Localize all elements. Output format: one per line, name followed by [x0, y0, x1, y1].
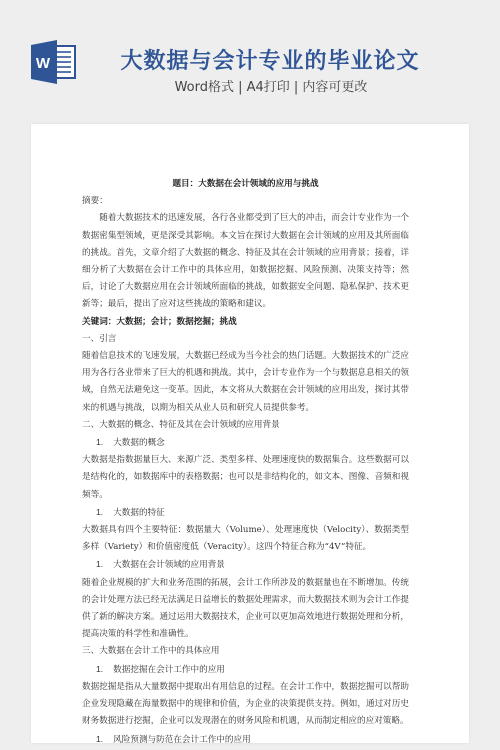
- subsection-body: 随着企业规模的扩大和业务范围的拓展，会计工作所涉及的数据量也在不断增加。传统的会…: [82, 575, 409, 644]
- subsection-body: 大数据是指数据量巨大、来源广泛、类型多样、处理速度快的数据集合。这些数据可以是结…: [82, 452, 409, 504]
- subsection-heading: 1.数据挖掘在会计工作中的应用: [82, 661, 409, 679]
- document-title: 题目：大数据在会计领域的应用与挑战: [82, 176, 409, 193]
- subsection-heading: 1.大数据在会计领域的应用背景: [82, 556, 409, 574]
- section-heading: 三、大数据在会计工作中的具体应用: [82, 643, 409, 660]
- section-heading: 一、引言: [82, 331, 409, 348]
- page-title: 大数据与会计专业的毕业论文: [0, 44, 500, 75]
- keywords: 关键词：大数据；会计；数据挖掘；挑战: [82, 314, 409, 331]
- abstract-label: 摘要：: [82, 193, 409, 210]
- document-body: 题目：大数据在会计领域的应用与挑战 摘要： 随着大数据技术的迅速发展，各行各业都…: [82, 176, 409, 749]
- section-body: 随着信息技术的飞速发展，大数据已经成为当今社会的热门话题。大数据技术的广泛应用为…: [82, 348, 409, 417]
- page-subtitle: Word格式 | A4打印 | 内容可更改: [0, 76, 500, 95]
- document-page: 题目：大数据在会计领域的应用与挑战 摘要： 随着大数据技术的迅速发展，各行各业都…: [31, 124, 469, 743]
- subsection-body: 数据挖掘是指从大量数据中提取出有用信息的过程。在会计工作中，数据挖掘可以帮助企业…: [82, 679, 409, 731]
- subsection-heading: 1.大数据的特征: [82, 504, 409, 522]
- header: W 大数据与会计专业的毕业论文 Word格式 | A4打印 | 内容可更改: [0, 0, 500, 120]
- section-heading: 二、大数据的概念、特征及其在会计领域的应用背景: [82, 417, 409, 434]
- subsection-body: 大数据具有四个主要特征：数据量大（Volume）、处理速度快（Velocity）…: [82, 522, 409, 556]
- subsection-heading: 1.大数据的概念: [82, 434, 409, 452]
- abstract-text: 随着大数据技术的迅速发展，各行各业都受到了巨大的冲击，而会计专业作为一个数据密集…: [82, 210, 409, 313]
- subsection-heading: 1.风险预测与防范在会计工作中的应用: [82, 731, 409, 749]
